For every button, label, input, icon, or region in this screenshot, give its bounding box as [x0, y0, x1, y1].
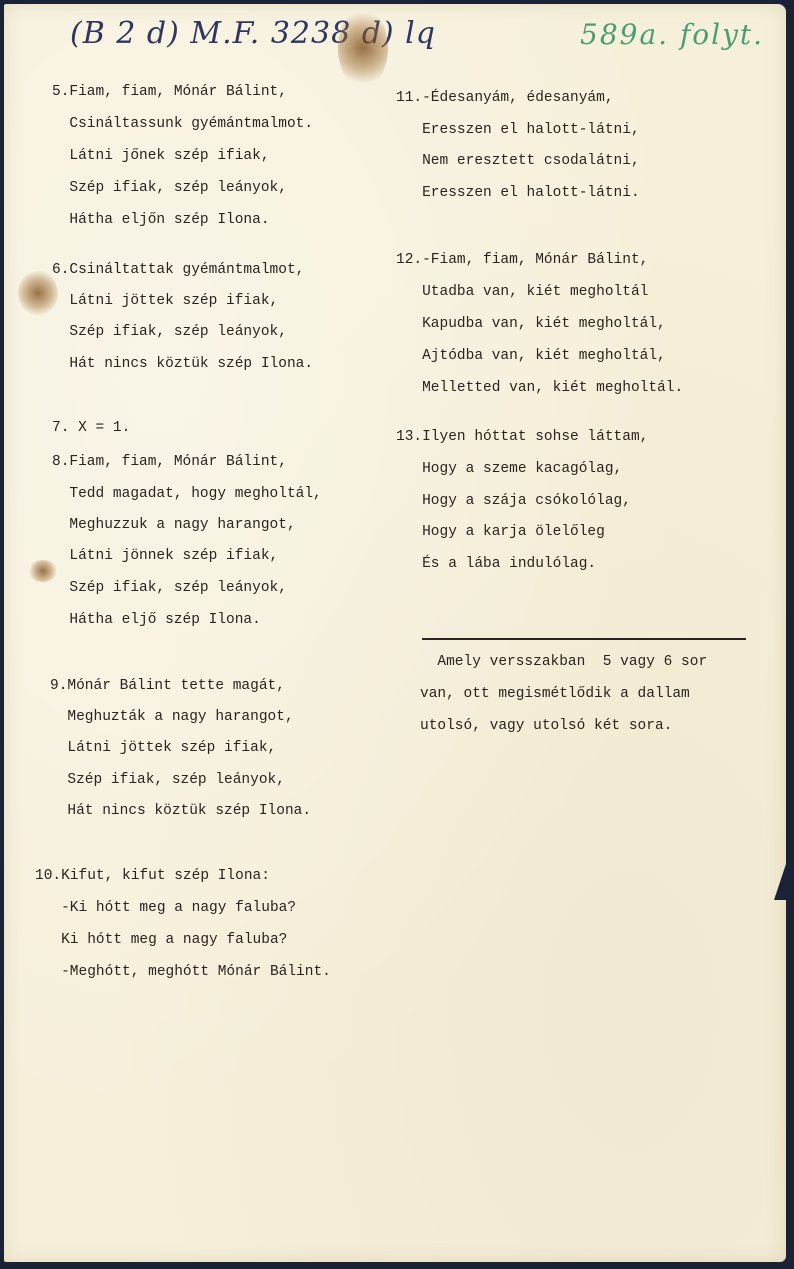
stanza-9-line-3: Látni jöttek szép ifiak,	[50, 738, 276, 758]
divider-line	[422, 638, 746, 640]
stanza-6-line-3: Szép ifiak, szép leányok,	[52, 322, 287, 342]
stanza-9-line-5: Hát nincs köztük szép Ilona.	[50, 801, 311, 821]
stanza-13-line-1: 13.Ilyen hóttat sohse láttam,	[396, 427, 648, 447]
stanza-5-line-5: Hátha eljőn szép Ilona.	[52, 210, 270, 230]
stanza-13-line-5: És a lába indulólag.	[396, 554, 596, 574]
stanza-12-line-1: 12.-Fiam, fiam, Mónár Bálint,	[396, 250, 648, 270]
stanza-13-line-2: Hogy a szeme kacagólag,	[396, 459, 622, 479]
stanza-5-line-4: Szép ifiak, szép leányok,	[52, 178, 287, 198]
page-edge-tear	[774, 864, 786, 900]
stanza-8-line-3: Meghuzzuk a nagy harangot,	[52, 515, 296, 535]
stanza-9-line-2: Meghuzták a nagy harangot,	[50, 707, 294, 727]
stanza-8-line-2: Tedd magadat, hogy megholtál,	[52, 484, 322, 504]
stanza-12-line-3: Kapudba van, kiét megholtál,	[396, 314, 666, 334]
stanza-12-line-4: Ajtódba van, kiét megholtál,	[396, 346, 666, 366]
stanza-5-line-2: Csináltassunk gyémántmalmot.	[52, 114, 313, 134]
stanza-13-line-4: Hogy a karja ölelőleg	[396, 522, 605, 542]
note-line-1: Amely versszakban 5 vagy 6 sor	[420, 652, 707, 672]
stanza-13-line-3: Hogy a szája csókolólag,	[396, 491, 631, 511]
document-page: (B 2 d) M.F. 3238 d) lq 589a. folyt. 5.F…	[4, 4, 786, 1262]
stanza-11-line-4: Eresszen el halott-látni.	[396, 183, 640, 203]
stanza-6-line-4: Hát nincs köztük szép Ilona.	[52, 354, 313, 374]
note-line-3: utolsó, vagy utolsó két sora.	[420, 716, 672, 736]
stanza-12-line-5: Melletted van, kiét megholtál.	[396, 378, 683, 398]
stanza-5-line-1: 5.Fiam, fiam, Mónár Bálint,	[52, 82, 287, 102]
stanza-10-line-3: Ki hótt meg a nagy faluba?	[35, 930, 287, 950]
stanza-9-line-4: Szép ifiak, szép leányok,	[50, 770, 285, 790]
stanza-6-line-1: 6.Csináltattak gyémántmalmot,	[52, 260, 304, 280]
page-number-handwritten: 589a. folyt.	[580, 18, 764, 51]
note-line-2: van, ott megismétlődik a dallam	[420, 684, 690, 704]
stanza-8-line-5: Szép ifiak, szép leányok,	[52, 578, 287, 598]
stanza-5-line-3: Látni jőnek szép ifiak,	[52, 146, 270, 166]
stanza-7-line-1: 7. X = 1.	[52, 418, 130, 438]
stanza-9-line-1: 9.Mónár Bálint tette magát,	[50, 676, 285, 696]
stanza-10-line-4: -Meghótt, meghótt Mónár Bálint.	[35, 962, 331, 982]
stanza-8-line-4: Látni jönnek szép ifiak,	[52, 546, 278, 566]
stanza-10-line-2: -Ki hótt meg a nagy faluba?	[35, 898, 296, 918]
stanza-12-line-2: Utadba van, kiét megholtál	[396, 282, 648, 302]
stanza-6-line-2: Látni jöttek szép ifiak,	[52, 291, 278, 311]
stain-top	[338, 8, 388, 88]
stanza-11-line-3: Nem eresztett csodalátni,	[396, 151, 640, 171]
stanza-11-line-1: 11.-Édesanyám, édesanyám,	[396, 88, 614, 108]
stanza-11-line-2: Eresszen el halott-látni,	[396, 120, 640, 140]
stanza-8-line-6: Hátha eljő szép Ilona.	[52, 610, 261, 630]
stanza-10-line-1: 10.Kifut, kifut szép Ilona:	[35, 866, 270, 886]
stanza-8-line-1: 8.Fiam, fiam, Mónár Bálint,	[52, 452, 287, 472]
